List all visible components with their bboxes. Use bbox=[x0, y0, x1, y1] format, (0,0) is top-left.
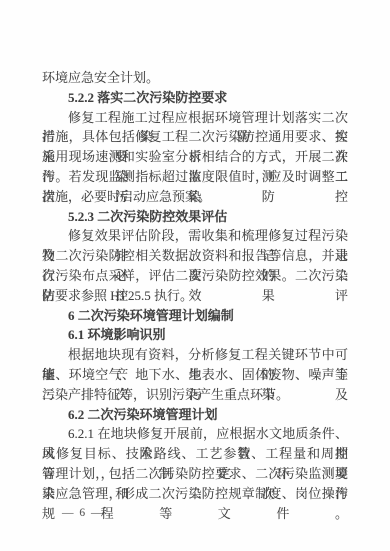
text-line: 6.2.1 在地块修复开展前，应根据水文地质条件、风险管控 bbox=[42, 424, 348, 444]
document-page: 环境应急安全计划。 5.2.2 落实二次污染防控要求 修复工程施工过程应根据环境… bbox=[0, 0, 390, 551]
section-heading-6-1: 6.1 环境影响识别 bbox=[42, 325, 348, 345]
section-heading-6-2: 6.2 二次污染环境管理计划 bbox=[42, 405, 348, 425]
text-line: 管理计划，包括二次污染防控要求、二次污染监测要求和二次污 bbox=[42, 464, 348, 484]
text-line: 环境应急安全计划。 bbox=[42, 68, 348, 88]
section-heading-6: 6 二次污染环境管理计划编制 bbox=[42, 306, 348, 326]
section-heading-5-2-2: 5.2.2 落实二次污染防控要求 bbox=[42, 88, 348, 108]
text-line: 染应急管理，形成二次污染防控规章制度、岗位操作规程等文件。 bbox=[42, 484, 348, 504]
section-heading-5-2-3: 5.2.3 二次污染防控效果评估 bbox=[42, 207, 348, 227]
text-line: 修复效果评估阶段，需收集和梳理修复过程污染物排放记录 bbox=[42, 226, 348, 246]
text-line: 修复工程施工过程应根据环境管理计划落实二次污染防控 bbox=[42, 108, 348, 128]
text-line: 作。若发现监测指标超过浓度限值时，应及时调整二次污染防控 bbox=[42, 167, 348, 187]
text-line: 根据地块现有资料，分析修复工程关键环节中可能产生的土 bbox=[42, 345, 348, 365]
text-line: 或修复目标、技术路线、工艺参数、工程量和周期等，制定环境 bbox=[42, 444, 348, 464]
text-line: 措施，具体包括修复工程二次污染防控通用要求、实施要求，并 bbox=[42, 127, 348, 147]
text-line: 壤、环境空气、地下水、地表水、固体废物、噪声等二次污染及 bbox=[42, 365, 348, 385]
text-line: 及二次污染防控相关数据、资料和报告等信息，并进行必要的二 bbox=[42, 246, 348, 266]
text-line: 采用现场速测和实验室分析相结合的方式，开展二次污染监测工 bbox=[42, 147, 348, 167]
text-line: 次污染布点采样，评估二次污染防控效果。二次污染防控效果评 bbox=[42, 266, 348, 286]
